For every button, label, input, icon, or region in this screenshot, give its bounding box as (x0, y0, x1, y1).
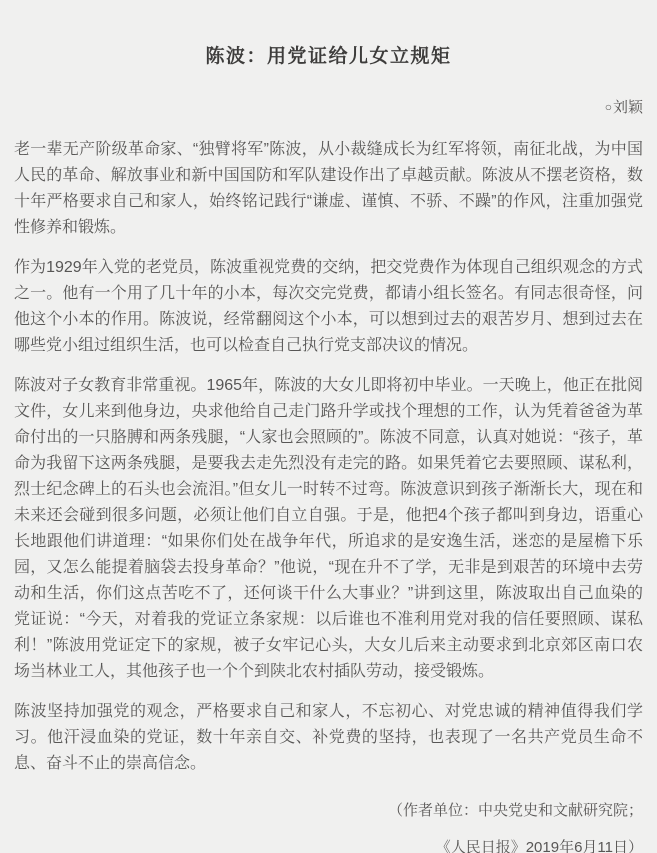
article-title: 陈波：用党证给儿女立规矩 (14, 45, 643, 68)
paragraph-party-dues: 作为1929年入党的老党员，陈波重视党费的交纳，把交党费作为体现自己组织观念的方… (14, 255, 643, 359)
author-line: ○刘颖 (14, 98, 643, 117)
paragraph-conclusion: 陈波坚持加强党的观念，严格要求自己和家人，不忘初心、对党忠诚的精神值得我们学习。… (14, 699, 643, 777)
author-marker-icon: ○ (605, 100, 612, 114)
footer-publication-date: 《人民日报》2019年6月11日） (14, 838, 643, 853)
author-name: 刘颖 (613, 99, 643, 116)
article-page: 陈波：用党证给儿女立规矩 ○刘颖 老一辈无产阶级革命家、“独臂将军”陈波，从小裁… (0, 0, 657, 853)
paragraph-family-rule: 陈波对子女教育非常重视。1965年，陈波的大女儿即将初中毕业。一天晚上，他正在批… (14, 373, 643, 685)
article-body: 老一辈无产阶级革命家、“独臂将军”陈波，从小裁缝成长为红军将领，南征北战，为中国… (14, 137, 643, 777)
article-footer: （作者单位：中央党史和文献研究院； 《人民日报》2019年6月11日） (14, 801, 643, 853)
paragraph-intro: 老一辈无产阶级革命家、“独臂将军”陈波，从小裁缝成长为红军将领，南征北战，为中国… (14, 137, 643, 241)
footer-author-unit: （作者单位：中央党史和文献研究院； (14, 801, 643, 820)
